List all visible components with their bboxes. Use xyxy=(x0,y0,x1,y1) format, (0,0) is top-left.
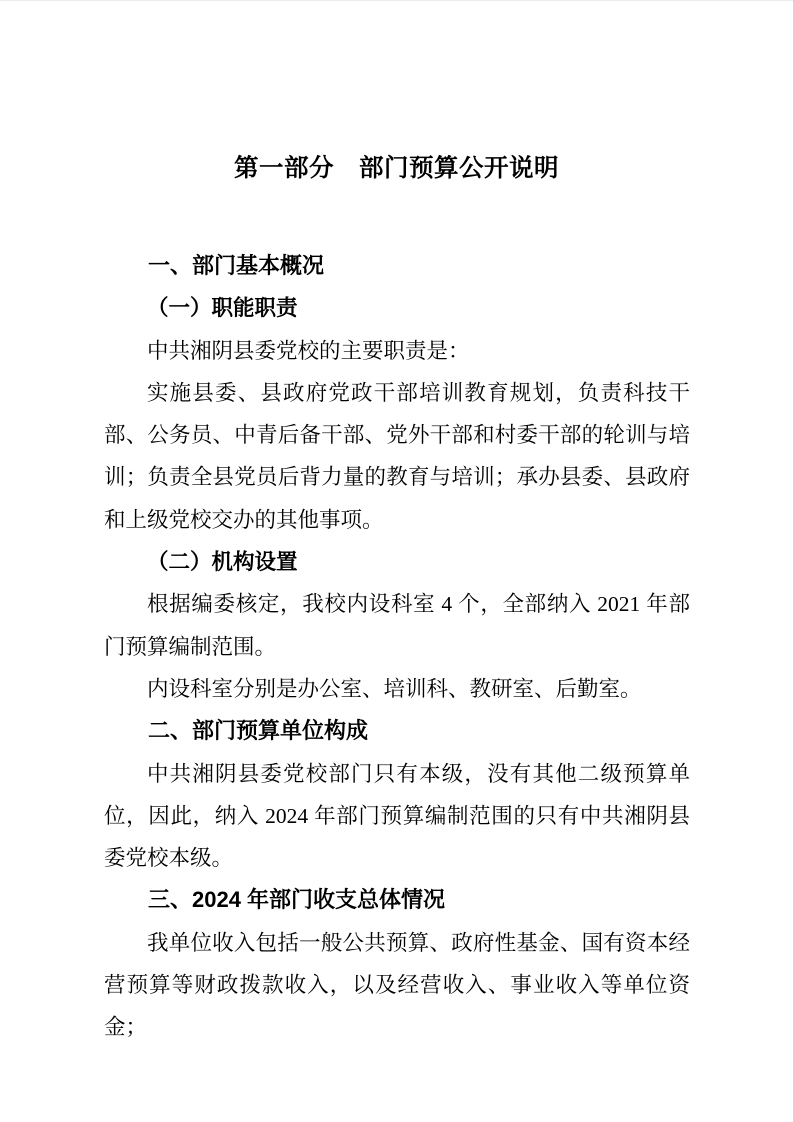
document-body: 一、部门基本概况 （一）职能职责 中共湘阴县委党校的主要职责是： 实施县委、县政… xyxy=(104,245,690,1049)
document-title: 第一部分 部门预算公开说明 xyxy=(0,1,793,191)
paragraph-duties-intro: 中共湘阴县委党校的主要职责是： xyxy=(104,330,690,372)
section-heading-2024-overview: 三、2024 年部门收支总体情况 xyxy=(104,879,690,921)
paragraph-2024-income: 我单位收入包括一般公共预算、政府性基金、国有资本经营预算等财政拨款收入，以及经营… xyxy=(104,922,690,1049)
subsection-heading-organization: （二）机构设置 xyxy=(104,541,690,583)
section-heading-department-overview: 一、部门基本概况 xyxy=(104,245,690,287)
paragraph-budget-units: 中共湘阴县委党校部门只有本级，没有其他二级预算单位，因此，纳入 2024 年部门… xyxy=(104,753,690,880)
paragraph-organization-count: 根据编委核定，我校内设科室 4 个，全部纳入 2021 年部门预算编制范围。 xyxy=(104,583,690,668)
paragraph-organization-list: 内设科室分别是办公室、培训科、教研室、后勤室。 xyxy=(104,668,690,710)
document-page: 第一部分 部门预算公开说明 一、部门基本概况 （一）职能职责 中共湘阴县委党校的… xyxy=(0,0,793,1122)
section-heading-budget-units: 二、部门预算单位构成 xyxy=(104,710,690,752)
paragraph-duties-detail: 实施县委、县政府党政干部培训教育规划，负责科技干部、公务员、中青后备干部、党外干… xyxy=(104,372,690,541)
subsection-heading-duties: （一）职能职责 xyxy=(104,287,690,329)
